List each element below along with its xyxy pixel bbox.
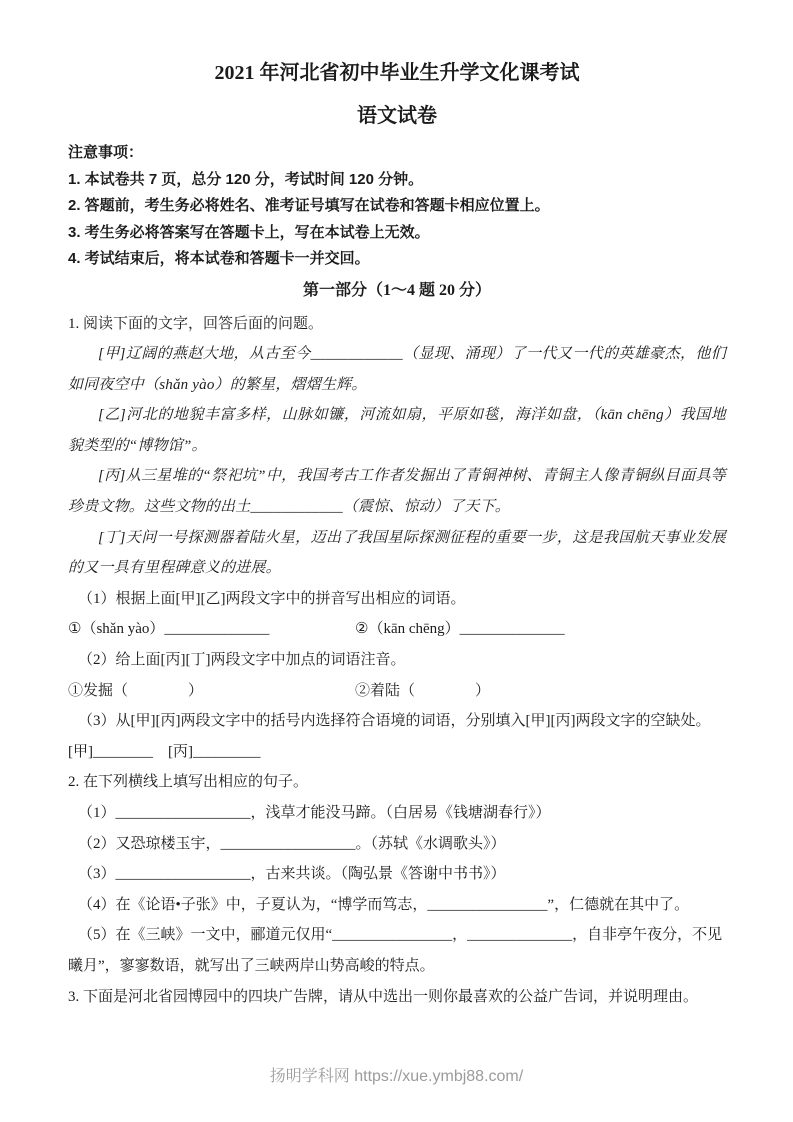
question-body: 1. 阅读下面的文字，回答后面的问题。 [甲]辽阔的燕赵大地，从古至今_____…: [68, 309, 726, 1013]
question-2-stem: 2. 在下列横线上填写出相应的句子。: [68, 767, 726, 798]
notice-item: 2. 答题前，考生务必将姓名、准考证号填写在试卷和答题卡相应位置上。: [68, 193, 726, 220]
passage-bing: [丙]从三星堆的“祭祀坑”中，我国考古工作者发掘出了青铜神树、青铜主人像青铜纵目…: [68, 461, 726, 522]
notice-heading: 注意事项：: [68, 140, 726, 167]
question-3-stem: 3. 下面是河北省园博园中的四块广告牌，请从中选出一则你最喜欢的公益广告词，并说…: [68, 982, 726, 1013]
q1-sub1-blank-2: ②（kān chēng）______________: [355, 614, 726, 645]
watermark-footer: 扬明学科网 https://xue.ymbj88.com/: [0, 1063, 793, 1086]
passage-yi: [乙]河北的地貌丰富多样，山脉如镰，河流如扇，平原如毯，海洋如盘，（kān ch…: [68, 400, 726, 461]
exam-paper-page: 2021 年河北省初中毕业生升学文化课考试 语文试卷 注意事项： 1. 本试卷共…: [0, 0, 793, 1122]
q1-sub2-blank-2: ②着陆（ ）: [355, 676, 726, 707]
page-subtitle: 语文试卷: [68, 103, 726, 129]
q1-sub2-stem: （2）给上面[丙][丁]两段文字中加点的词语注音。: [68, 645, 726, 676]
notice-item: 1. 本试卷共 7 页，总分 120 分，考试时间 120 分钟。: [68, 167, 726, 194]
section-heading: 第一部分（1～4 题 20 分）: [68, 278, 726, 304]
q1-sub1-blank-1: ①（shǎn yào）______________: [68, 614, 355, 645]
q1-sub3-stem: （3）从[甲][丙]两段文字中的括号内选择符合语境的词语，分别填入[甲][丙]两…: [68, 706, 726, 737]
notice-item: 4. 考试结束后，将本试卷和答题卡一并交回。: [68, 246, 726, 273]
page-content: 2021 年河北省初中毕业生升学文化课考试 语文试卷 注意事项： 1. 本试卷共…: [68, 60, 726, 1012]
passage-jia: [甲]辽阔的燕赵大地，从古至今____________（显现、涌现）了一代又一代…: [68, 339, 726, 400]
q1-sub3-blanks: [甲]________ [丙]_________: [68, 737, 726, 768]
page-title: 2021 年河北省初中毕业生升学文化课考试: [68, 60, 726, 86]
question-1-stem: 1. 阅读下面的文字，回答后面的问题。: [68, 309, 726, 340]
q2-item: （2）又恐琼楼玉宇，__________________。（苏轼《水调歌头》）: [68, 829, 726, 860]
q1-sub2-answers: ①发掘（ ） ②着陆（ ）: [68, 676, 726, 707]
notice-section: 注意事项： 1. 本试卷共 7 页，总分 120 分，考试时间 120 分钟。 …: [68, 140, 726, 273]
q1-sub1-answers: ①（shǎn yào）______________ ②（kān chēng）__…: [68, 614, 726, 645]
q1-sub1-stem: （1）根据上面[甲][乙]两段文字中的拼音写出相应的词语。: [68, 584, 726, 615]
passage-ding: [丁]天问一号探测器着陆火星，迈出了我国星际探测征程的重要一步，这是我国航天事业…: [68, 523, 726, 584]
q2-item: （1）__________________，浅草才能没马蹄。（白居易《钱塘湖春行…: [68, 798, 726, 829]
q2-item: （3）__________________，古来共谈。（陶弘景《答谢中书书》）: [68, 859, 726, 890]
notice-item: 3. 考生务必将答案写在答题卡上，写在本试卷上无效。: [68, 220, 726, 247]
q2-item: （5）在《三峡》一文中，郦道元仅用“________________，_____…: [68, 920, 726, 981]
q1-sub2-blank-1: ①发掘（ ）: [68, 676, 355, 707]
q2-item: （4）在《论语•子张》中，子夏认为，“博学而笃志，_______________…: [68, 890, 726, 921]
